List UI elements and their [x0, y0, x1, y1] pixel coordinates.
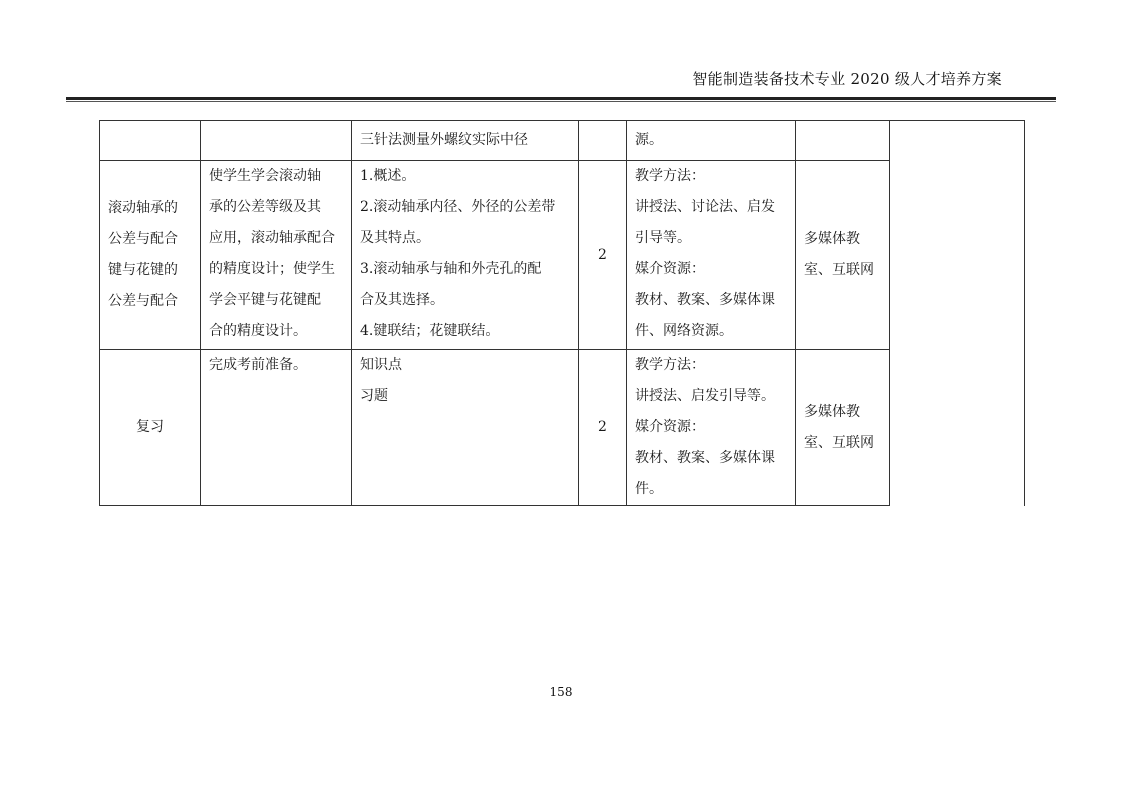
topic-cell: 复习 — [100, 350, 201, 506]
methods-line: 源。 — [635, 125, 787, 156]
methods-line: 件。 — [635, 474, 787, 505]
objectives-cell: 完成考前准备。 — [201, 350, 352, 506]
page-header-title: 智能制造装备技术专业 2020 级人才培养方案 — [692, 68, 1002, 89]
venue-line: 室、互联网 — [804, 255, 881, 286]
methods-line: 教材、教案、多媒体课 — [635, 285, 787, 316]
venue-line: 多媒体教 — [804, 224, 881, 255]
methods-cell: 教学方法： 讲授法、启发引导等。 媒介资源： 教材、教案、多媒体课 件。 — [627, 350, 796, 506]
objectives-cell — [201, 121, 352, 161]
methods-line: 媒介资源： — [635, 254, 787, 285]
objectives-line: 承的公差等级及其 — [209, 192, 343, 223]
content-line: 1.概述。 — [360, 161, 570, 192]
hours-cell: 2 — [579, 350, 627, 506]
venue-cell: 多媒体教 室、互联网 — [796, 350, 890, 506]
methods-line: 教学方法： — [635, 161, 787, 192]
methods-line: 媒介资源： — [635, 412, 787, 443]
methods-cell: 源。 — [627, 121, 796, 161]
content-cell: 知识点 习题 — [352, 350, 579, 506]
hours-cell: 2 — [579, 161, 627, 350]
objectives-line: 的精度设计；使学生 — [209, 254, 343, 285]
methods-line: 讲授法、启发引导等。 — [635, 381, 787, 412]
hours-cell — [579, 121, 627, 161]
content-cell: 1.概述。 2.滚动轴承内径、外径的公差带 及其特点。 3.滚动轴承与轴和外壳孔… — [352, 161, 579, 350]
venue-line: 室、互联网 — [804, 428, 881, 459]
objectives-line: 合的精度设计。 — [209, 316, 343, 347]
note-cell — [890, 121, 1025, 506]
topic-line: 滚动轴承的 — [108, 193, 192, 224]
topic-line: 公差与配合 — [108, 286, 192, 317]
table-row: 滚动轴承的 公差与配合 键与花键的 公差与配合 使学生学会滚动轴 承的公差等级及… — [100, 161, 1025, 350]
objectives-cell: 使学生学会滚动轴 承的公差等级及其 应用，滚动轴承配合 的精度设计；使学生 学会… — [201, 161, 352, 350]
topic-line: 键与花键的 — [108, 255, 192, 286]
objectives-line: 应用，滚动轴承配合 — [209, 223, 343, 254]
content-line: 3.滚动轴承与轴和外壳孔的配 — [360, 254, 570, 285]
course-plan-table: 三针法测量外螺纹实际中径 源。 滚动轴承的 公差与配合 键与花键的 公差与配合 … — [99, 120, 1025, 506]
venue-line: 多媒体教 — [804, 397, 881, 428]
objectives-line: 学会平键与花键配 — [209, 285, 343, 316]
header-rule-thick — [66, 97, 1056, 100]
objectives-line: 使学生学会滚动轴 — [209, 161, 343, 192]
methods-line: 教材、教案、多媒体课 — [635, 443, 787, 474]
header-rule-thin — [66, 101, 1056, 102]
page-number: 158 — [0, 685, 1122, 699]
venue-cell — [796, 121, 890, 161]
content-line: 4.键联结；花键联结。 — [360, 316, 570, 347]
table-row: 三针法测量外螺纹实际中径 源。 — [100, 121, 1025, 161]
methods-line: 讲授法、讨论法、启发 — [635, 192, 787, 223]
content-line: 及其特点。 — [360, 223, 570, 254]
table-row: 复习 完成考前准备。 知识点 习题 2 教学方法： 讲授法、启发引导等。 媒介资… — [100, 350, 1025, 506]
content-line: 知识点 — [360, 350, 570, 381]
topic-line: 复习 — [108, 412, 192, 443]
content-line: 习题 — [360, 381, 570, 412]
content-line: 三针法测量外螺纹实际中径 — [360, 125, 570, 156]
methods-cell: 教学方法： 讲授法、讨论法、启发 引导等。 媒介资源： 教材、教案、多媒体课 件… — [627, 161, 796, 350]
methods-line: 教学方法： — [635, 350, 787, 381]
methods-line: 件、网络资源。 — [635, 316, 787, 347]
topic-cell — [100, 121, 201, 161]
topic-line: 公差与配合 — [108, 224, 192, 255]
content-line: 合及其选择。 — [360, 285, 570, 316]
methods-line: 引导等。 — [635, 223, 787, 254]
topic-cell: 滚动轴承的 公差与配合 键与花键的 公差与配合 — [100, 161, 201, 350]
venue-cell: 多媒体教 室、互联网 — [796, 161, 890, 350]
objectives-line: 完成考前准备。 — [209, 350, 343, 381]
content-cell: 三针法测量外螺纹实际中径 — [352, 121, 579, 161]
content-line: 2.滚动轴承内径、外径的公差带 — [360, 192, 570, 223]
